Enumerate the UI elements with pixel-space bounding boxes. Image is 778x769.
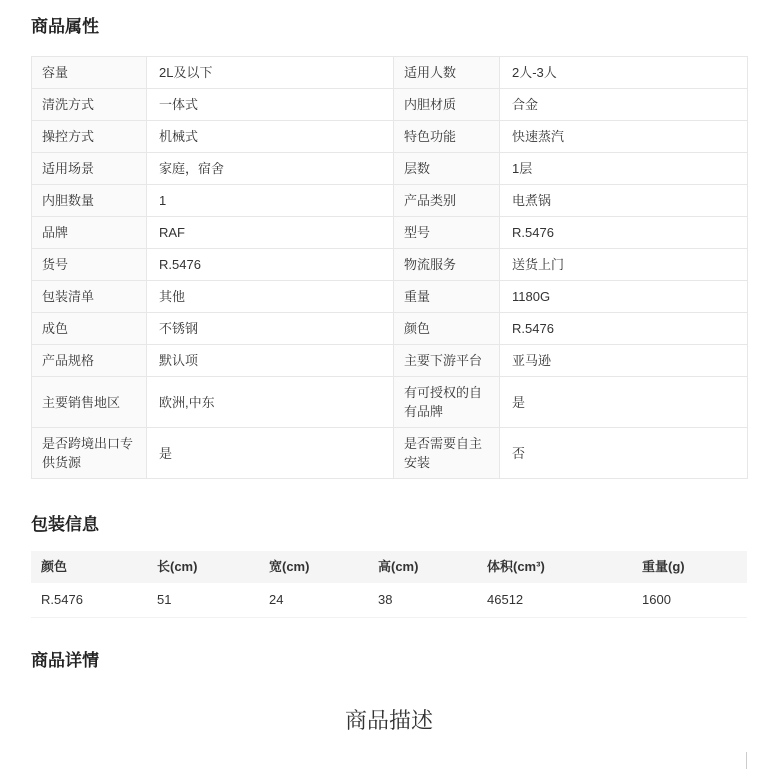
pack-col-header: 高(cm) (368, 551, 477, 583)
attribute-row: 产品规格默认项主要下游平台亚马逊 (32, 345, 748, 377)
attr-label: 有可授权的自有品牌 (394, 377, 500, 428)
attribute-row: 包装清单其他重量1180G (32, 281, 748, 313)
page-edge-divider (746, 752, 747, 769)
pack-cell: 38 (368, 583, 477, 618)
pack-cell: 51 (147, 583, 259, 618)
section-title-packaging: 包装信息 (31, 479, 747, 534)
attr-value: 快速蒸汽 (500, 121, 748, 153)
attr-label: 型号 (394, 217, 500, 249)
pack-col-header: 重量(g) (632, 551, 747, 583)
attr-value: RAF (147, 217, 394, 249)
pack-col-header: 颜色 (31, 551, 147, 583)
attribute-row: 品牌RAF型号R.5476 (32, 217, 748, 249)
attr-value: 是 (147, 428, 394, 479)
pack-cell: 46512 (477, 583, 632, 618)
attribute-row: 操控方式机械式特色功能快速蒸汽 (32, 121, 748, 153)
attr-label: 重量 (394, 281, 500, 313)
attr-label: 操控方式 (32, 121, 147, 153)
pack-cell: 24 (259, 583, 368, 618)
attr-label: 产品规格 (32, 345, 147, 377)
pack-col-header: 长(cm) (147, 551, 259, 583)
attr-label: 产品类别 (394, 185, 500, 217)
packaging-header-row: 颜色长(cm)宽(cm)高(cm)体积(cm³)重量(g) (31, 551, 747, 583)
attribute-row: 内胆数量1产品类别电煮锅 (32, 185, 748, 217)
product-attributes-table: 容量2L及以下适用人数2人-3人清洗方式一体式内胆材质合金操控方式机械式特色功能… (31, 56, 748, 479)
pack-col-header: 宽(cm) (259, 551, 368, 583)
attr-value: 2人-3人 (500, 57, 748, 89)
attr-label: 是否跨境出口专供货源 (32, 428, 147, 479)
packaging-body: R.5476512438465121600 (31, 583, 747, 618)
attr-value: 亚马逊 (500, 345, 748, 377)
product-detail-page: 商品属性 容量2L及以下适用人数2人-3人清洗方式一体式内胆材质合金操控方式机械… (0, 0, 778, 735)
product-attributes-body: 容量2L及以下适用人数2人-3人清洗方式一体式内胆材质合金操控方式机械式特色功能… (32, 57, 748, 479)
attr-label: 适用人数 (394, 57, 500, 89)
attr-label: 内胆数量 (32, 185, 147, 217)
attr-value: 送货上门 (500, 249, 748, 281)
pack-cell: R.5476 (31, 583, 147, 618)
product-description-heading: 商品描述 (31, 707, 747, 735)
attr-label: 品牌 (32, 217, 147, 249)
attribute-row: 容量2L及以下适用人数2人-3人 (32, 57, 748, 89)
attr-value: 一体式 (147, 89, 394, 121)
section-title-attributes: 商品属性 (31, 0, 747, 36)
attribute-row: 主要销售地区欧洲,中东有可授权的自有品牌是 (32, 377, 748, 428)
attribute-row: 货号R.5476物流服务送货上门 (32, 249, 748, 281)
attr-value: 2L及以下 (147, 57, 394, 89)
attribute-row: 成色不锈钢颜色R.5476 (32, 313, 748, 345)
attr-label: 主要下游平台 (394, 345, 500, 377)
section-title-details: 商品详情 (31, 618, 747, 670)
attr-value: 1 (147, 185, 394, 217)
attr-label: 层数 (394, 153, 500, 185)
attr-label: 主要销售地区 (32, 377, 147, 428)
attr-label: 适用场景 (32, 153, 147, 185)
attr-value: 默认项 (147, 345, 394, 377)
attr-label: 内胆材质 (394, 89, 500, 121)
packaging-row: R.5476512438465121600 (31, 583, 747, 618)
attr-value: 机械式 (147, 121, 394, 153)
attr-label: 颜色 (394, 313, 500, 345)
attr-label: 货号 (32, 249, 147, 281)
attr-value: R.5476 (500, 217, 748, 249)
attr-value: 1层 (500, 153, 748, 185)
attr-value: 电煮锅 (500, 185, 748, 217)
attr-label: 特色功能 (394, 121, 500, 153)
attr-value: R.5476 (147, 249, 394, 281)
pack-cell: 1600 (632, 583, 747, 618)
attribute-row: 是否跨境出口专供货源是是否需要自主安装否 (32, 428, 748, 479)
attr-value: 否 (500, 428, 748, 479)
attr-value: 其他 (147, 281, 394, 313)
attr-label: 容量 (32, 57, 147, 89)
attribute-row: 清洗方式一体式内胆材质合金 (32, 89, 748, 121)
attr-value: 合金 (500, 89, 748, 121)
attr-value: 家庭，宿舍 (147, 153, 394, 185)
attr-value: R.5476 (500, 313, 748, 345)
attribute-row: 适用场景家庭，宿舍层数1层 (32, 153, 748, 185)
attr-label: 物流服务 (394, 249, 500, 281)
attr-value: 1180G (500, 281, 748, 313)
attr-label: 清洗方式 (32, 89, 147, 121)
packaging-info-table: 颜色长(cm)宽(cm)高(cm)体积(cm³)重量(g) R.54765124… (31, 551, 747, 618)
attr-label: 包装清单 (32, 281, 147, 313)
attr-label: 是否需要自主安装 (394, 428, 500, 479)
attr-value: 不锈钢 (147, 313, 394, 345)
attr-value: 欧洲,中东 (147, 377, 394, 428)
pack-col-header: 体积(cm³) (477, 551, 632, 583)
attr-value: 是 (500, 377, 748, 428)
attr-label: 成色 (32, 313, 147, 345)
